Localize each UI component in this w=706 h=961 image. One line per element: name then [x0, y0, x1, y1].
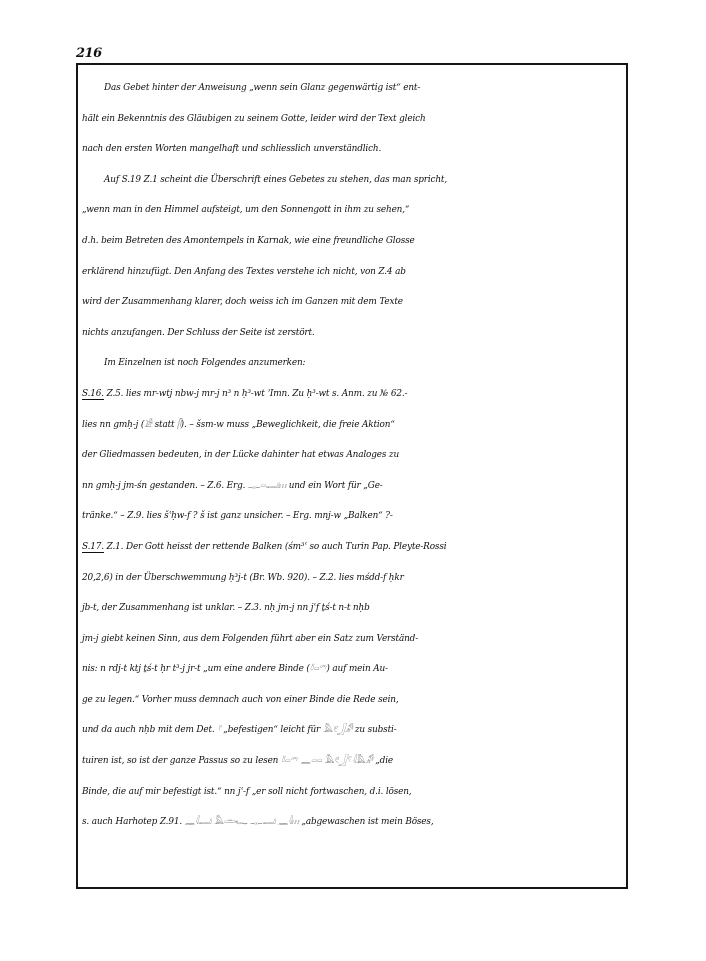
- text-line: ge zu legen.“ Vorher muss demnach auch v…: [82, 685, 634, 716]
- line-text: erklärend hinzufügt. Den Anfang des Text…: [82, 267, 406, 277]
- paragraph-p2: Auf S.19 Z.1 scheint die Überschrift ein…: [82, 165, 634, 349]
- text-line: 20,2,6) in der Überschwemmung ḥ³j-t (Br.…: [82, 563, 634, 594]
- text-line: Binde, die auf mir befestigt ist.“ nn jʿ…: [82, 777, 634, 808]
- line-text: hält ein Bekenntnis des Gläubigen zu sei…: [82, 114, 426, 124]
- line-text: Z.1. Der Gott heisst der rettende Balken…: [104, 542, 446, 552]
- text-line: d.h. beim Betreten des Amontempels in Ka…: [82, 226, 634, 257]
- text-line: Auf S.19 Z.1 scheint die Überschrift ein…: [82, 165, 634, 196]
- line-text: der Gliedmassen bedeuten, in der Lücke d…: [82, 450, 399, 460]
- line-text: und da auch nḥb mit dem Det. 𓍢 „befestig…: [82, 725, 397, 735]
- manuscript-text: Das Gebet hinter der Anweisung „wenn sei…: [82, 73, 634, 838]
- text-line: nn gmḥ-j jm-śn gestanden. – Z.6. Erg. 𓊃𓏏…: [82, 471, 634, 502]
- line-text: Im Einzelnen ist noch Folgendes anzumerk…: [104, 358, 305, 368]
- text-line: tränke.“ – Z.9. lies šʿḥw-f ? š ist ganz…: [82, 501, 634, 532]
- line-text: jm-j giebt keinen Sinn, aus dem Folgende…: [82, 634, 418, 644]
- text-line: s. auch Harhotep Z.91. 𓈖𓇋𓂝 𓅓𓏛𓆑 𓊃𓂝 𓈖𓇋𓏥 „a…: [82, 807, 634, 838]
- text-line: „wenn man in den Himmel aufsteigt, um de…: [82, 195, 634, 226]
- paragraph-p3: Im Einzelnen ist noch Folgendes anzumerk…: [82, 348, 634, 379]
- line-text: nn gmḥ-j jm-śn gestanden. – Z.6. Erg. 𓊃𓏏…: [82, 481, 383, 491]
- line-text: jb-t, der Zusammenhang ist unklar. – Z.3…: [82, 603, 370, 613]
- text-line: Das Gebet hinter der Anweisung „wenn sei…: [82, 73, 634, 104]
- text-line: wird der Zusammenhang klarer, doch weiss…: [82, 287, 634, 318]
- text-line: tuiren ist, so ist der ganze Passus so z…: [82, 746, 634, 777]
- line-text: 20,2,6) in der Überschwemmung ḥ³j-t (Br.…: [82, 573, 404, 583]
- line-text: Auf S.19 Z.1 scheint die Überschrift ein…: [104, 175, 447, 185]
- page-reference: S.17.: [82, 542, 104, 552]
- line-text: nach den ersten Worten mangelhaft und sc…: [82, 144, 381, 154]
- line-text: „wenn man in den Himmel aufsteigt, um de…: [82, 205, 409, 215]
- text-line: S.16. Z.5. lies mr-wtj nbw-j mr-j n³ n ḥ…: [82, 379, 634, 410]
- line-text: wird der Zusammenhang klarer, doch weiss…: [82, 297, 403, 307]
- line-text: lies nn gmḥ-j (𓀀 statt 𓋴). – šsm-w muss …: [82, 420, 395, 430]
- line-text: Z.5. lies mr-wtj nbw-j mr-j n³ n ḥ³-wt ʾ…: [104, 389, 407, 399]
- text-line: erklärend hinzufügt. Den Anfang des Text…: [82, 257, 634, 288]
- line-text: tränke.“ – Z.9. lies šʿḥw-f ? š ist ganz…: [82, 511, 393, 521]
- paragraph-p1: Das Gebet hinter der Anweisung „wenn sei…: [82, 73, 634, 165]
- paragraph-p4: S.16. Z.5. lies mr-wtj nbw-j mr-j n³ n ḥ…: [82, 379, 634, 532]
- text-line: nichts anzufangen. Der Schluss der Seite…: [82, 318, 634, 349]
- text-line: S.17. Z.1. Der Gott heisst der rettende …: [82, 532, 634, 563]
- page-reference: S.16.: [82, 389, 104, 399]
- text-line: Im Einzelnen ist noch Folgendes anzumerk…: [82, 348, 634, 379]
- line-text: Binde, die auf mir befestigt ist.“ nn jʿ…: [82, 787, 411, 797]
- line-text: d.h. beim Betreten des Amontempels in Ka…: [82, 236, 415, 246]
- text-line: lies nn gmḥ-j (𓀀 statt 𓋴). – šsm-w muss …: [82, 410, 634, 441]
- line-text: s. auch Harhotep Z.91. 𓈖𓇋𓂝 𓅓𓏛𓆑 𓊃𓂝 𓈖𓇋𓏥 „a…: [82, 817, 434, 827]
- text-line: jb-t, der Zusammenhang ist unklar. – Z.3…: [82, 593, 634, 624]
- line-text: ge zu legen.“ Vorher muss demnach auch v…: [82, 695, 399, 705]
- text-line: nis: n rdj-t ktj ṯś-t ḥr t³-j jr-t „um e…: [82, 654, 634, 685]
- line-text: tuiren ist, so ist der ganze Passus so z…: [82, 756, 393, 766]
- line-text: nichts anzufangen. Der Schluss der Seite…: [82, 328, 315, 338]
- text-line: nach den ersten Worten mangelhaft und sc…: [82, 134, 634, 165]
- text-line: der Gliedmassen bedeuten, in der Lücke d…: [82, 440, 634, 471]
- line-text: Das Gebet hinter der Anweisung „wenn sei…: [104, 83, 420, 93]
- paragraph-p5: S.17. Z.1. Der Gott heisst der rettende …: [82, 532, 634, 838]
- text-line: und da auch nḥb mit dem Det. 𓍢 „befestig…: [82, 715, 634, 746]
- page-number: 216: [76, 46, 102, 61]
- text-line: hält ein Bekenntnis des Gläubigen zu sei…: [82, 104, 634, 135]
- line-text: nis: n rdj-t ktj ṯś-t ḥr t³-j jr-t „um e…: [82, 664, 388, 674]
- text-line: jm-j giebt keinen Sinn, aus dem Folgende…: [82, 624, 634, 655]
